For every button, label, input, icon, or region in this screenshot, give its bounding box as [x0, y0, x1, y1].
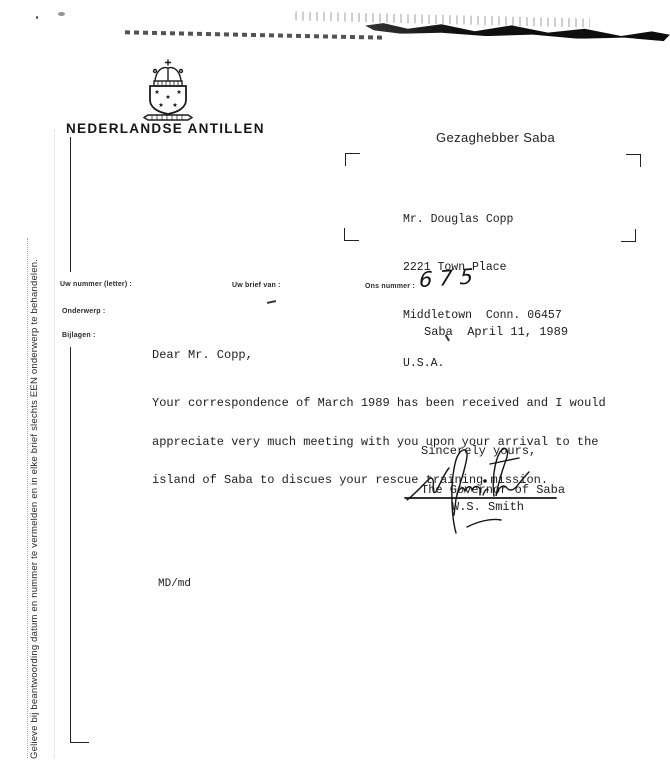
onderwerp-label: Onderwerp : [62, 308, 105, 315]
salutation: Dear Mr. Copp, [152, 348, 253, 362]
recipient-line: Mr. Douglas Copp [403, 212, 562, 228]
uw-brief-van-label: Uw brief van : [232, 282, 281, 289]
window-bracket-bottom-right [621, 229, 636, 242]
bijlagen-label: Bijlagen : [62, 332, 96, 339]
coat-of-arms-icon [142, 59, 194, 121]
scan-speck [36, 16, 38, 19]
ons-nummer-handwritten-value: 675 [419, 264, 481, 292]
left-rule-bottom [70, 347, 71, 743]
uw-nummer-label: Uw nummer (letter) : [60, 281, 132, 288]
scanned-letter-page: NEDERLANDSE ANTILLEN Gezaghebber Saba Mr… [0, 0, 670, 760]
window-bracket-top-left [345, 153, 360, 166]
scan-speck [267, 300, 276, 304]
window-bracket-bottom-left [344, 228, 359, 241]
ons-nummer-label: Ons nummer : [365, 283, 415, 290]
office-title: Gezaghebber Saba [436, 130, 555, 145]
margin-note-vertical: Gelieve bij beantwoording datum en numme… [29, 243, 40, 759]
scan-speck [58, 12, 65, 16]
window-bracket-top-right [626, 154, 641, 167]
left-rule-top [70, 137, 71, 272]
body-line: Your correspondence of March 1989 has be… [152, 397, 606, 410]
signature-handwriting [393, 443, 568, 535]
signer-name: W.S. Smith [452, 500, 524, 514]
left-rule-foot [70, 742, 89, 743]
left-edge-dots [54, 130, 55, 758]
dateline: Saba April 11, 1989 [424, 325, 568, 339]
left-edge-dots [27, 238, 28, 758]
org-name: NEDERLANDSE ANTILLEN [66, 121, 265, 136]
typist-initials: MD/md [158, 578, 191, 590]
scan-smudge-fade [125, 30, 383, 39]
recipient-line: Middletown Conn. 06457 [403, 308, 562, 324]
recipient-line: U.S.A. [403, 356, 562, 372]
